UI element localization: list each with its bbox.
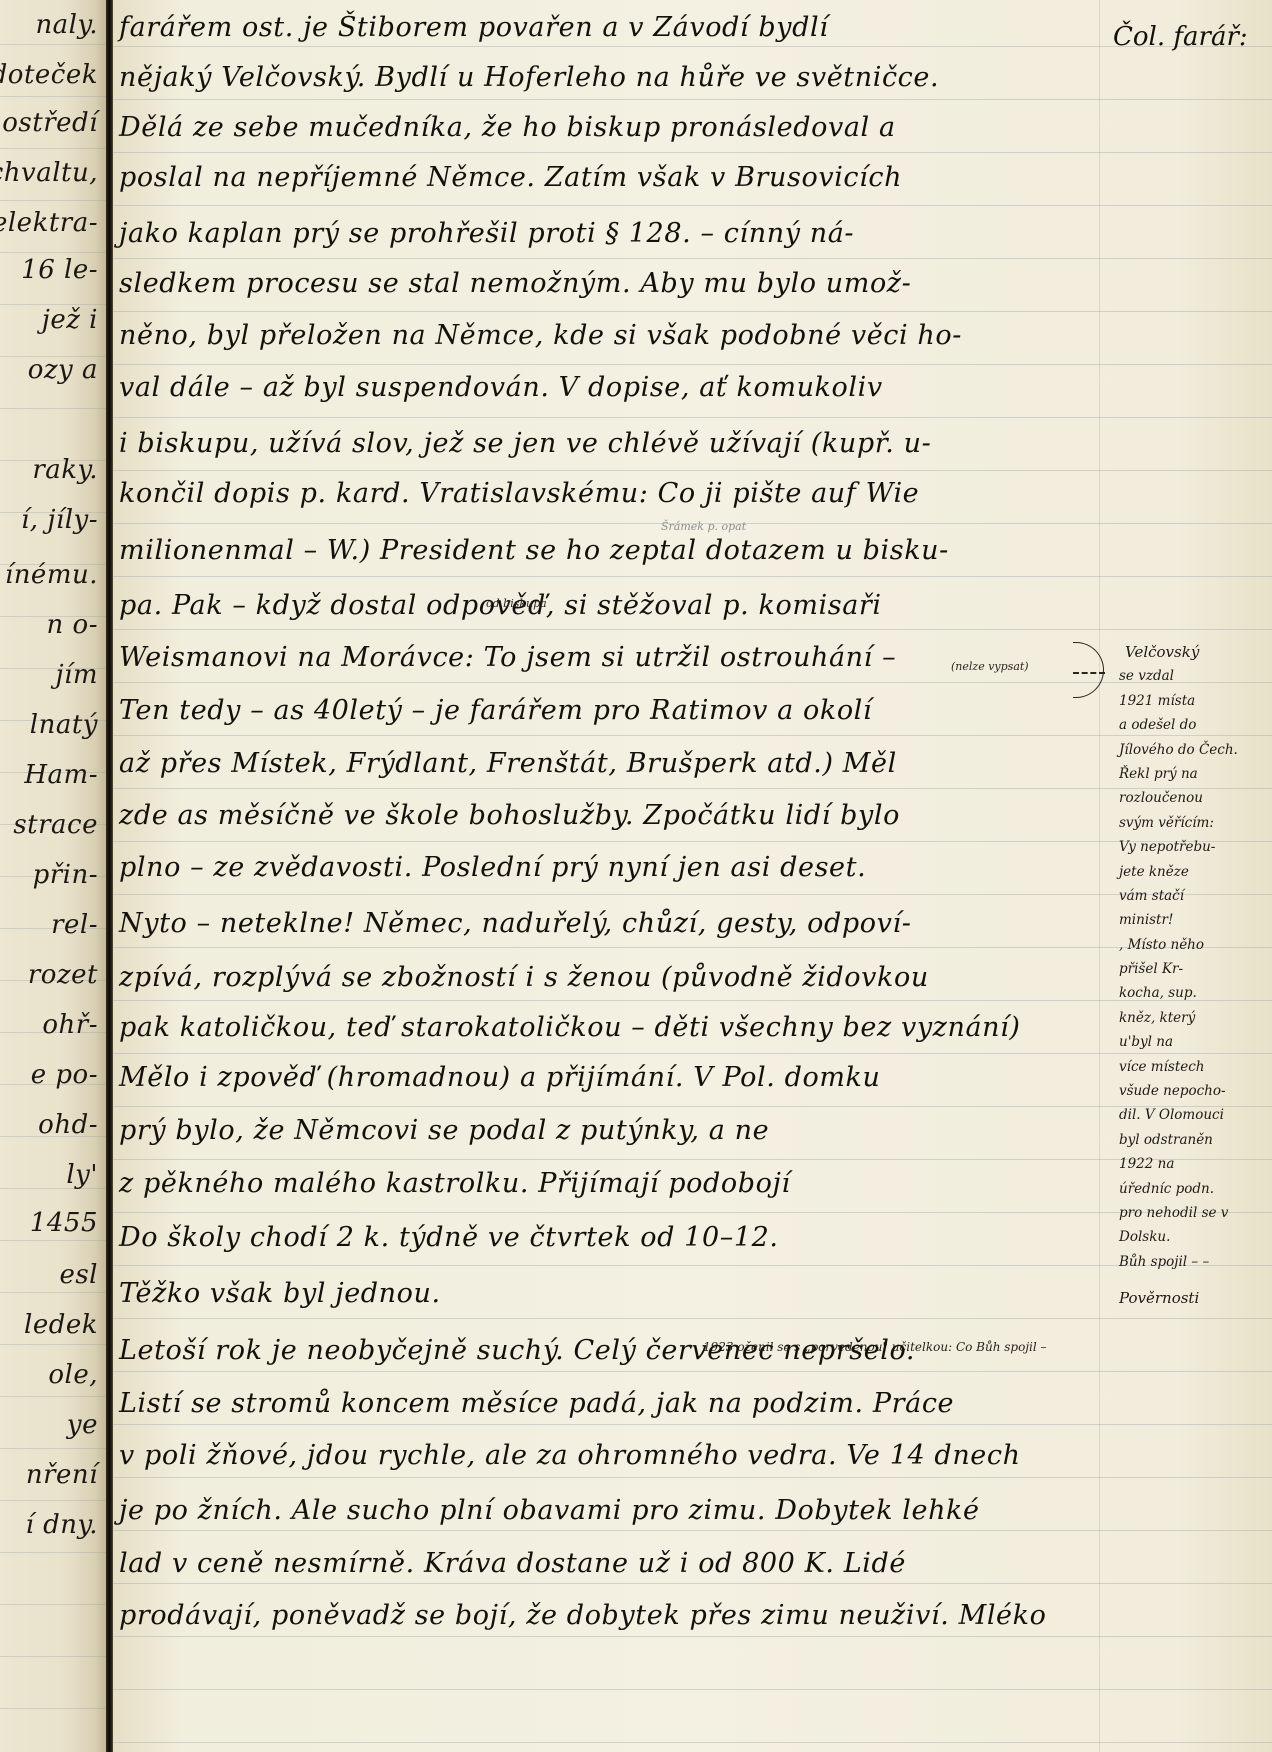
margin-note-line: svým věřícím: [1113,811,1269,835]
ruling-line [0,1396,108,1397]
margin-note-line: Velčovský [1113,640,1269,664]
margin-note-line: byl odstraněn [1113,1128,1269,1152]
manuscript-line: plno – ze zvědavosti. Poslední prý nyní … [119,852,866,883]
ruling-line [0,1708,108,1709]
ruling-line [0,1344,108,1345]
manuscript-line: prý bylo, že Němcovi se podal z putýnky,… [119,1115,769,1146]
left-page-fragment-line: doteček [0,60,98,90]
margin-note-line: rozloučenou [1113,786,1269,810]
margin-note-line: Pověrnosti [1113,1286,1269,1310]
margin-rule [1099,0,1100,1752]
manuscript-line: nějaký Velčovský. Bydlí u Hoferleho na h… [119,62,939,93]
left-page-fragment-line: ole, [48,1360,98,1390]
ruling-line [0,148,108,149]
ruling-line [0,200,108,201]
margin-link-dash [1073,672,1105,674]
left-page-fragment-line: Ham- [24,760,98,790]
left-page-fragment-line: ye [67,1410,98,1440]
left-page-fragment-line: ly' [66,1160,98,1190]
margin-note-line: 1922 na [1113,1152,1269,1176]
left-page-fragment-line: 1455 [30,1208,98,1238]
left-page-fragment: naly.dotečekostředíchvaltu,elektra-16 le… [0,0,108,1752]
margin-note-line: 1921 místa [1113,689,1269,713]
margin-note-line: u'byl na [1113,1030,1269,1054]
manuscript-line: Nyto – neteklne! Němec, naduřelý, chůzí,… [119,908,911,939]
manuscript-line: pak katoličkou, teď starokatoličkou – dě… [119,1012,1021,1043]
manuscript-line: Dělá ze sebe mučedníka, že ho biskup pro… [119,112,896,143]
left-page-fragment-line: ohř- [42,1010,98,1040]
manuscript-line: jako kaplan prý se prohřešil proti § 128… [119,218,854,249]
ruling-line [0,96,108,97]
margin-note-line: přišel Kr- [1113,957,1269,981]
margin-note-line: a odešel do [1113,713,1269,737]
left-page-fragment-line: ínému. [5,560,98,590]
manuscript-line: z pěkného malého kastrolku. Přijímají po… [119,1168,791,1199]
left-page-fragment-line: e po- [31,1060,98,1090]
margin-note-line: více místech [1113,1055,1269,1079]
left-page-fragment-line: strace [13,810,98,840]
margin-note-line: dil. V Olomouci [1113,1103,1269,1127]
ruling-line [0,408,108,409]
manuscript-line: i biskupu, užívá slov, jež se jen ve chl… [119,428,931,459]
ruling-line [0,1552,108,1553]
manuscript-line: Listí se stromů koncem měsíce padá, jak … [119,1388,954,1419]
book-spread: naly.dotečekostředíchvaltu,elektra-16 le… [0,0,1272,1752]
manuscript-line: sledkem procesu se stal nemožným. Aby mu… [119,268,911,299]
manuscript-line: končil dopis p. kard. Vratislavskému: Co… [119,478,919,509]
left-page-fragment-line: nření [26,1460,98,1490]
left-page-fragment-line: í dny. [26,1510,98,1540]
left-page-fragment-line: elektra- [0,208,98,238]
right-page: Čol. farář: Velčovskýse vzdal1921 místaa… [113,0,1272,1752]
margin-note-line: Vy nepotřebu- [1113,835,1269,859]
left-page-fragment-line: esl [59,1260,98,1290]
ruling-line [0,252,108,253]
left-page-fragment-line: ozy a [28,355,98,385]
margin-note-line: Dolsku. [1113,1225,1269,1249]
margin-header: Čol. farář: [1113,22,1248,52]
manuscript-line: zpívá, rozplývá se zbožností i s ženou (… [119,962,929,993]
margin-note-line: kněz, který [1113,1006,1269,1030]
margin-note-line: Jílového do Čech. [1113,738,1269,762]
left-page-fragment-line: chvaltu, [0,158,98,188]
interlinear-note: od biskupa [486,597,547,610]
manuscript-line: v poli žňové, jdou rychle, ale za ohromn… [119,1440,1021,1471]
interlinear-note: Šrámek p. opat [661,520,746,533]
left-page-fragment-line: ohd- [38,1110,98,1140]
interlinear-note: (nelze vypsat) [951,660,1029,673]
manuscript-line: něno, byl přeložen na Němce, kde si však… [119,320,962,351]
margin-note-line: všude nepocho- [1113,1079,1269,1103]
ruling-line [0,1240,108,1241]
manuscript-line: zde as měsíčně ve škole bohoslužby. Zpoč… [119,800,900,831]
left-page-fragment-line: ledek [24,1310,98,1340]
ruling-line [0,1500,108,1501]
manuscript-line: prodávají, poněvadž se bojí, že dobytek … [119,1600,1046,1631]
manuscript-line: Do školy chodí 2 k. týdně ve čtvrtek od … [119,1222,779,1253]
left-page-fragment-line: naly. [35,10,98,40]
left-page-fragment-line: lnatý [30,710,98,740]
manuscript-line: Letoší rok je neobyčejně suchý. Celý čer… [119,1335,915,1366]
ruling-line [0,1292,108,1293]
ruling-line [0,1656,108,1657]
manuscript-line: je po žních. Ale sucho plní obavami pro … [119,1495,980,1526]
left-page-fragment-line: n o- [47,610,98,640]
margin-note-line: Řekl prý na [1113,762,1269,786]
manuscript-line: až přes Místek, Frýdlant, Frenštát, Bruš… [119,748,897,779]
manuscript-line: poslal na nepříjemné Němce. Zatím však v… [119,162,902,193]
left-page-fragment-line: rozet [28,960,98,990]
left-page-fragment-line: přin- [33,860,98,890]
left-page-fragment-line: ostředí [2,108,98,138]
left-page-fragment-line: 16 le- [21,255,98,285]
left-page-fragment-line: jež i [42,305,98,335]
margin-note-line: kocha, sup. [1113,981,1269,1005]
manuscript-line: Těžko však byl jednou. [119,1278,441,1309]
manuscript-line: milionenmal – W.) President se ho zeptal… [119,535,949,566]
ruling-line [0,1448,108,1449]
book-gutter [106,0,113,1752]
margin-note: Velčovskýse vzdal1921 místaa odešel doJí… [1113,640,1269,1311]
margin-note-line: pro nehodil se v [1113,1201,1269,1225]
margin-note-line: vám stačí [1113,884,1269,908]
manuscript-line: Ten tedy – as 40letý – je farářem pro Ra… [119,695,872,726]
ruling-line [0,44,108,45]
margin-note-line: , Místo něho [1113,933,1269,957]
left-page-fragment-line: rel- [51,910,98,940]
margin-note-line: se vzdal [1113,664,1269,688]
ruling-line [0,1604,108,1605]
margin-note-line: ministr! [1113,908,1269,932]
manuscript-line: Mělo i zpověď (hromadnou) a přijímání. V… [119,1062,881,1093]
margin-note-line: úředníc podn. [1113,1177,1269,1201]
manuscript-line: lad v ceně nesmírně. Kráva dostane už i … [119,1548,906,1579]
left-page-fragment-line: jím [55,660,98,690]
left-page-fragment-line: í, jíly- [21,505,98,535]
margin-note-line: Bůh spojil – – [1113,1250,1269,1274]
manuscript-line: farářem ost. je Štiborem povařen a v Záv… [119,12,828,43]
manuscript-line: Weismanovi na Morávce: To jsem si utržil… [119,642,896,673]
margin-note-line: jete kněze [1113,860,1269,884]
left-page-fragment-line: raky. [32,455,98,485]
manuscript-line: val dále – až byl suspendován. V dopise,… [119,372,883,403]
